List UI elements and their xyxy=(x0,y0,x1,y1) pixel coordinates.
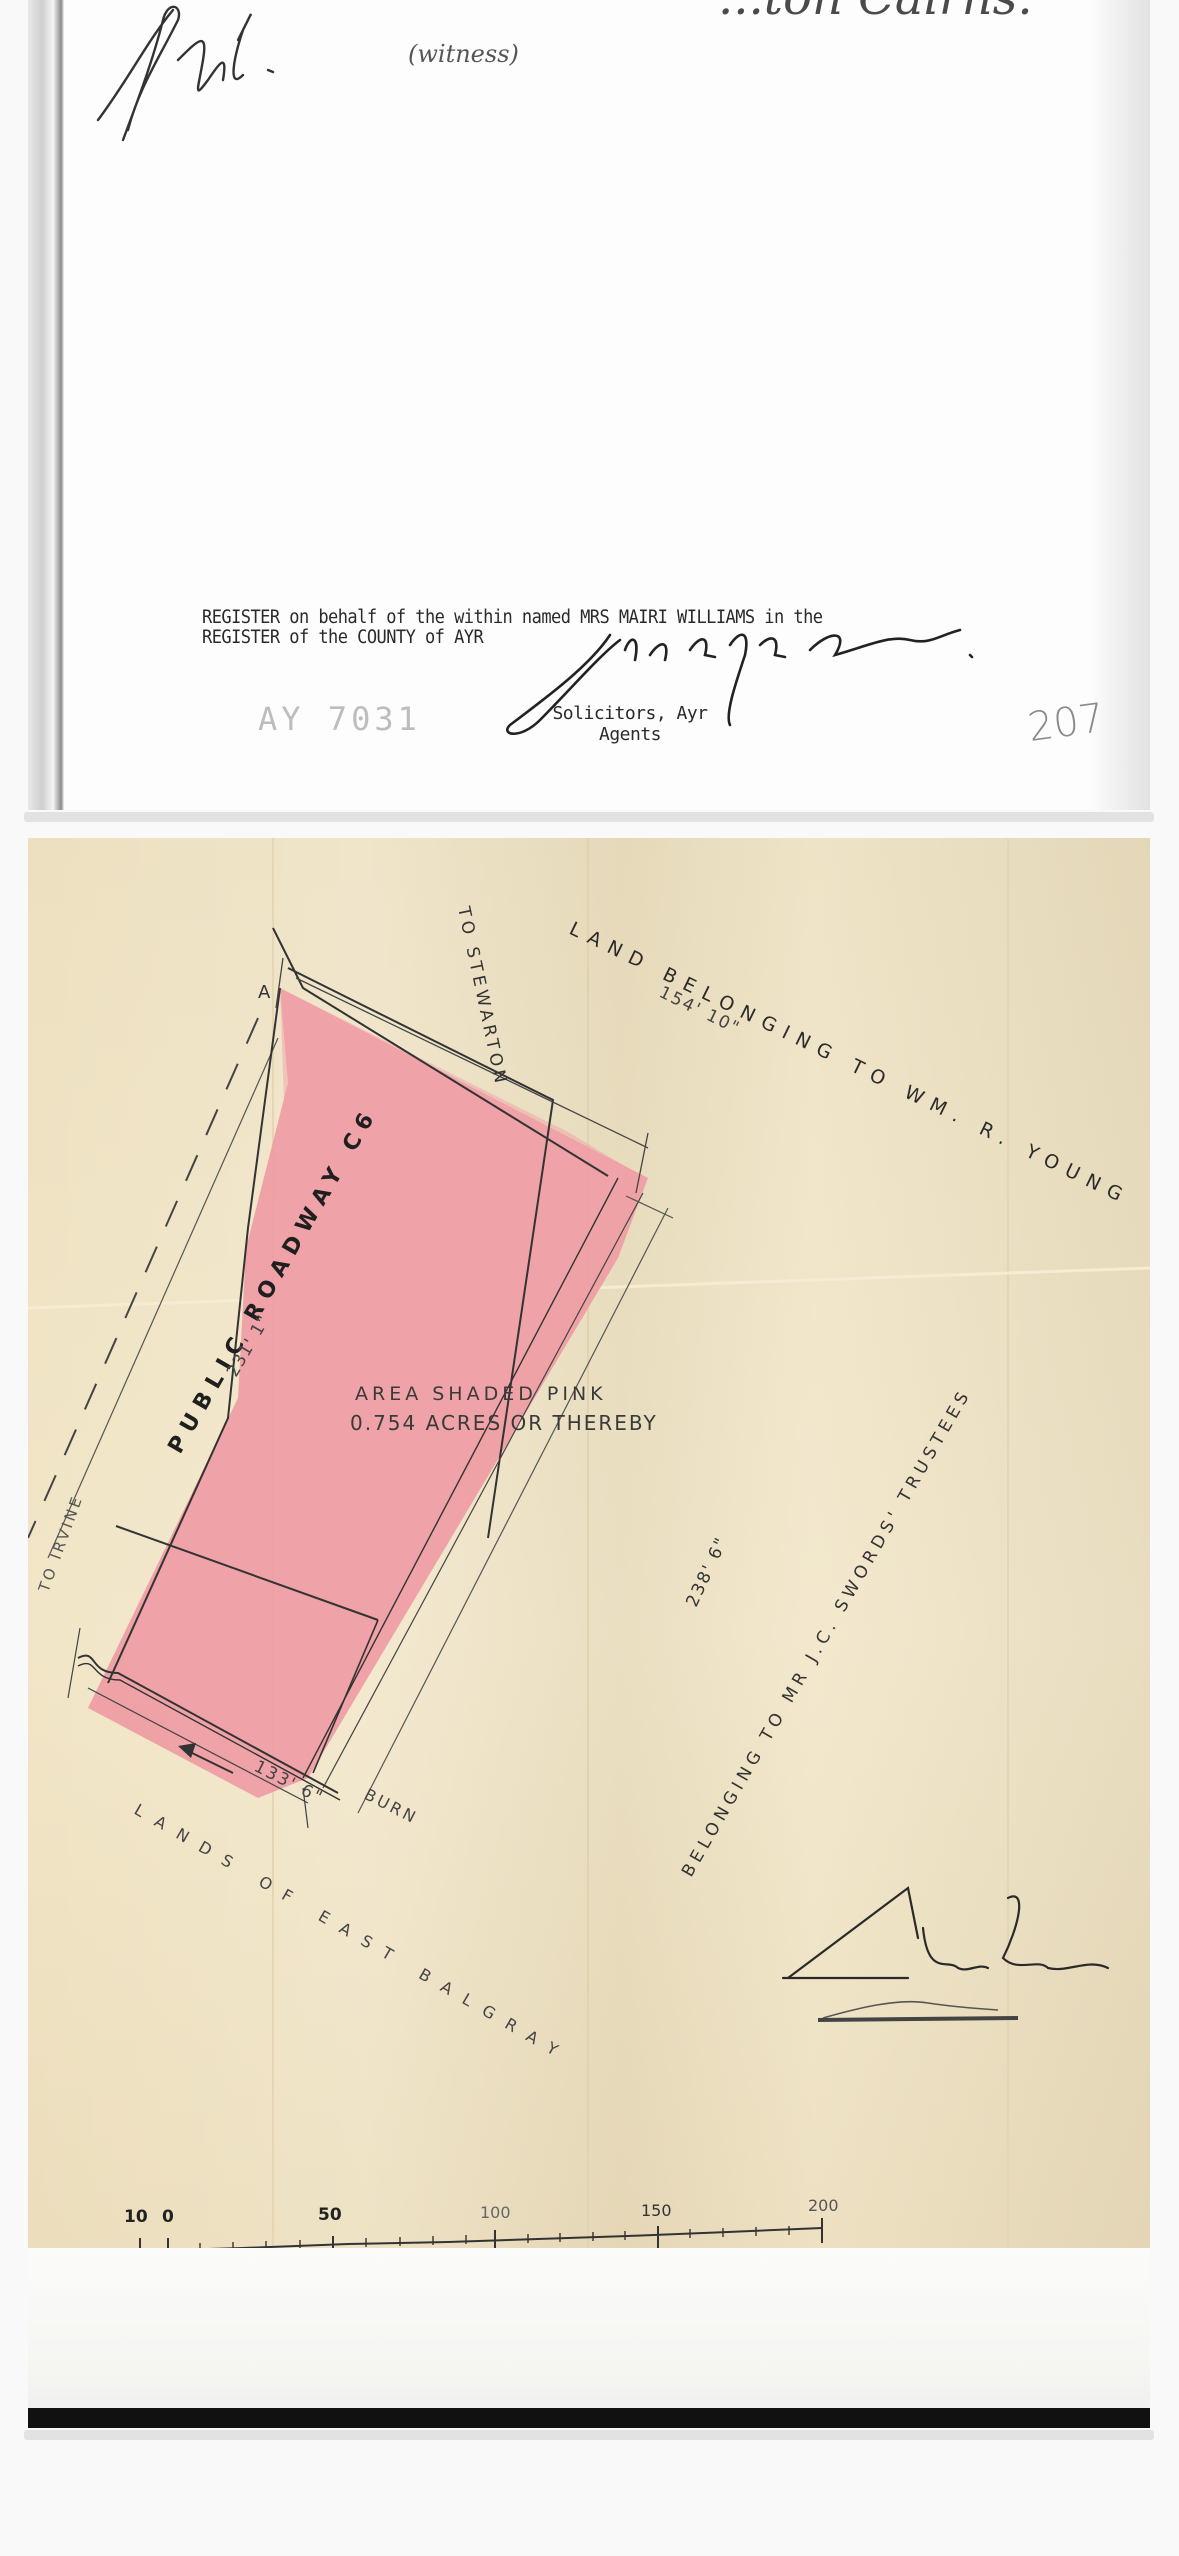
page-binding-edge xyxy=(28,0,64,810)
witness-note: (witness) xyxy=(408,40,519,68)
site-plan-drawing: A TO STEWARTON LAND BELONGING TO WM. R. … xyxy=(28,838,1150,2428)
label-north-boundary: LAND BELONGING TO WM. R. YOUNG xyxy=(566,918,1134,1210)
page-right-edge xyxy=(1090,0,1150,810)
svg-text:10: 10 xyxy=(124,2207,148,2227)
page-bottom-shadow xyxy=(28,2408,1150,2428)
label-area-line-2: 0.754 ACRES OR THEREBY xyxy=(350,1411,658,1435)
solicitors-line: Solicitors, Ayr xyxy=(535,703,725,724)
page-divider xyxy=(24,812,1154,822)
page-divider-2 xyxy=(24,2430,1154,2440)
plan-signature xyxy=(783,1888,1108,2020)
svg-text:50: 50 xyxy=(318,2205,342,2225)
label-east-dimension: 238' 6" xyxy=(682,1534,732,1611)
folded-paper-flap xyxy=(28,2248,1150,2428)
svg-text:100: 100 xyxy=(480,2203,511,2222)
top-signature-fragment: ...ton Cairns. xyxy=(718,0,1033,26)
svg-text:LANDS OF EAST BALGRAY: LANDS OF EAST BALGRAY xyxy=(131,1800,573,2066)
agents-line: Agents xyxy=(535,724,725,745)
reference-stamp: AY 7031 xyxy=(258,700,421,738)
label-to-stewarton: TO STEWARTON xyxy=(453,904,511,1089)
label-to-irvine: TO IRVINE xyxy=(35,1492,87,1595)
svg-text:150: 150 xyxy=(641,2201,672,2220)
label-area-line-1: AREA SHADED PINK xyxy=(355,1383,607,1405)
svg-text:0: 0 xyxy=(162,2207,174,2227)
witness-signature xyxy=(68,0,588,160)
point-marker-a: A xyxy=(258,982,271,1003)
label-south-lands: LANDS OF EAST BALGRAY xyxy=(131,1800,573,2066)
solicitors-block: Solicitors, Ayr Agents xyxy=(535,703,725,745)
document-page-2-plan: A TO STEWARTON LAND BELONGING TO WM. R. … xyxy=(28,838,1150,2428)
svg-text:200: 200 xyxy=(808,2196,839,2215)
label-burn: BURN xyxy=(361,1785,421,1828)
document-page-1: ...ton Cairns. (witness) REGISTER on beh… xyxy=(28,0,1150,810)
label-east-boundary: BELONGING TO MR J.C. SWORDS' TRUSTEES xyxy=(678,1385,976,1881)
